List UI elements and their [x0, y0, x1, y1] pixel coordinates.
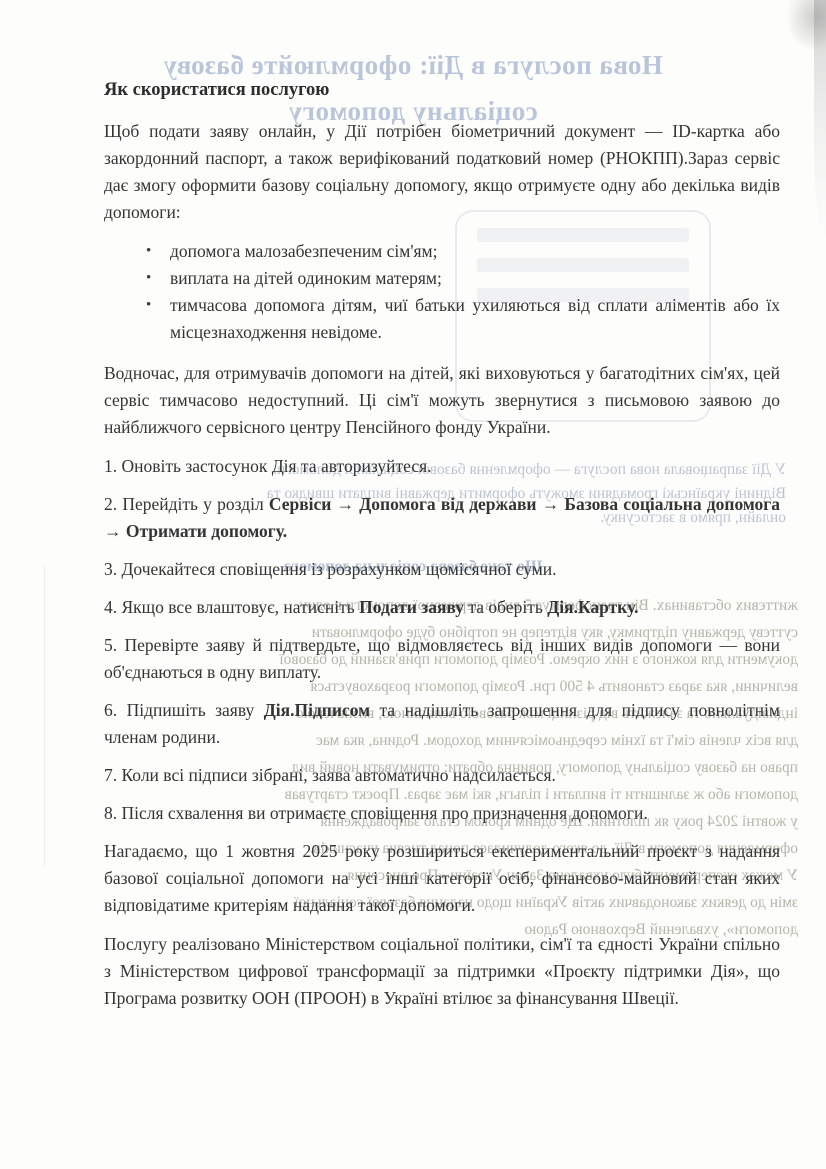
step-item: 8. Після схвалення ви отримаєте сповіщен…: [104, 800, 780, 827]
step-text-bold: Дія.Підписом: [264, 700, 370, 720]
step-item: 2. Перейдіть у розділ Сервіси → Допомога…: [104, 491, 780, 545]
step-text: 5.: [104, 635, 125, 655]
step-text-bold: Дія.Картку.: [547, 597, 638, 617]
step-text: 2.: [104, 494, 122, 514]
step-text: та оберіть: [464, 597, 547, 617]
step-item: 7. Коли всі підписи зібрані, заява автом…: [104, 762, 780, 789]
step-item: 1. Оновіть застосунок Дія та авторизуйте…: [104, 453, 780, 480]
steps-list: 1. Оновіть застосунок Дія та авторизуйте…: [104, 453, 780, 827]
note-paragraph: Водночас, для отримувачів допомоги на ді…: [104, 360, 780, 441]
reminder-paragraph: Нагадаємо, що 1 жовтня 2025 року розшири…: [104, 838, 780, 919]
step-text: Оновіть застосунок Дія та авторизуйтеся.: [122, 456, 432, 476]
step-text: Після схвалення ви отримаєте сповіщення …: [122, 803, 648, 823]
intro-paragraph: Щоб подати заяву онлайн, у Дії потрібен …: [104, 118, 780, 226]
step-text: 3.: [104, 559, 122, 579]
step-text: 4.: [104, 597, 122, 617]
section-heading: Як скористатися послугою: [104, 78, 780, 102]
step-text: Підпишіть заяву: [127, 700, 264, 720]
step-text: 8.: [104, 803, 122, 823]
scan-shadow: [814, 0, 826, 240]
credits-paragraph: Послугу реалізовано Міністерством соціал…: [104, 931, 780, 1012]
assistance-types-list: допомога малозабезпеченим сім'ям;виплата…: [104, 238, 780, 346]
step-text: Перевірте заяву й підтвердьте, що відмов…: [104, 635, 780, 682]
bullet-item: тимчасова допомога дітям, чиї батьки ухи…: [170, 292, 780, 346]
step-text-bold: Подати заяву: [359, 597, 464, 617]
step-text: Перейдіть у розділ: [122, 494, 269, 514]
scan-edge-line: [44, 566, 45, 866]
step-text: 6.: [104, 700, 127, 720]
step-text: 7.: [104, 765, 122, 785]
step-item: 4. Якщо все влаштовує, натисніть Подати …: [104, 594, 780, 621]
step-item: 5. Перевірте заяву й підтвердьте, що від…: [104, 632, 780, 686]
document-content: Як скористатися послугою Щоб подати заяв…: [104, 78, 780, 1012]
step-text: Дочекайтеся сповіщення із розрахунком що…: [122, 559, 557, 579]
bullet-item: допомога малозабезпеченим сім'ям;: [170, 238, 780, 265]
scan-corner-shadow: [786, 0, 826, 52]
step-text: 1.: [104, 456, 122, 476]
bullet-item: виплата на дітей одиноким матерям;: [170, 265, 780, 292]
step-text: Коли всі підписи зібрані, заява автомати…: [122, 765, 556, 785]
scanned-document-page: Нова послуга в Дії: оформлюйте базову со…: [0, 0, 826, 1169]
step-item: 6. Підпишіть заяву Дія.Підписом та надіш…: [104, 697, 780, 751]
step-item: 3. Дочекайтеся сповіщення із розрахунком…: [104, 556, 780, 583]
step-text: Якщо все влаштовує, натисніть: [122, 597, 360, 617]
